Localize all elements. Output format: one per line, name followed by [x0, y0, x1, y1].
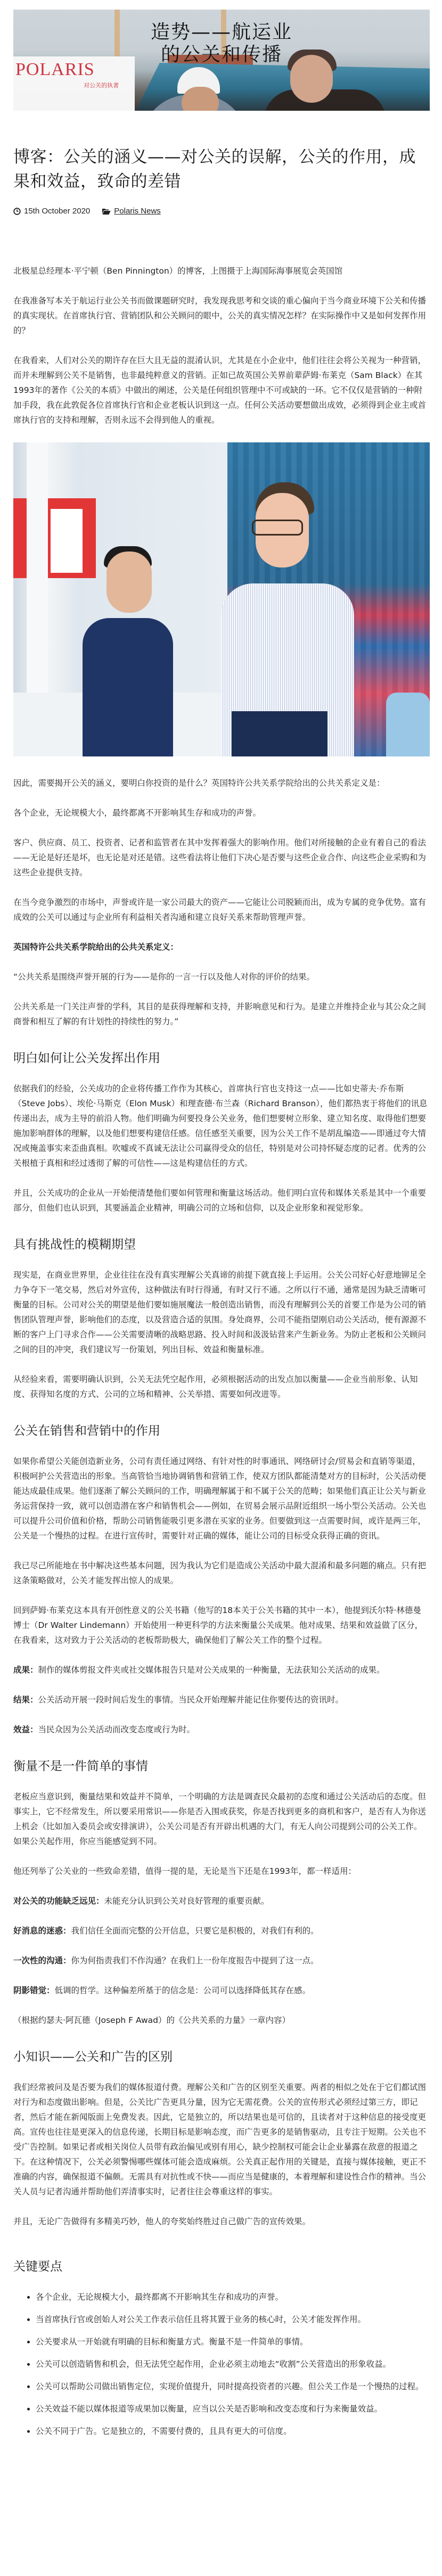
section-heading: 具有挑战性的模糊期望 [13, 1237, 429, 1253]
key-point: 公关可以帮助公司做出销售定位，实现价值提升，同时提高投资者的兴趣。但公关工作是一… [36, 2379, 429, 2394]
error-item: 好消息的迷惑：我们信任全面而完整的公开信息，只要它是积极的，对我们有利的。 [13, 1923, 429, 1938]
clock-icon [13, 208, 21, 215]
photo-person-left [83, 618, 173, 756]
post-date: 15th October 2020 [24, 207, 90, 216]
intro-paragraph: 在我看来，人们对公关的期许存在巨大且无益的混淆认识，尤其是在小企业中，他们往往会… [13, 353, 429, 427]
folder-open-icon [102, 208, 111, 215]
intro-caption: 北极星总经理本·平宁顿（Ben Pinnington）的博客，上图摄于上海国际海… [13, 264, 429, 278]
definition-label-text: 英国特许公共关系学院给出的公共关系定义： [13, 942, 178, 952]
error-text: 你为何指责我们不作沟通？在我们上一份年度报告中提到了这一点。 [71, 1956, 319, 1965]
definition-text: 当民众因为公关活动而改变态度或行为时。 [38, 1725, 195, 1734]
key-point: 公关效益不能以媒体报道等成果加以衡量，应当以公关是否影响和改变态度和行为来衡量效… [36, 2401, 429, 2416]
photo-glasses [252, 520, 303, 536]
definition-paragraph: 各个企业，无论规模大小，最终都离不开影响其生存和成功的声誉。 [13, 805, 429, 820]
face-left [182, 87, 219, 111]
key-point: 公关要求从一开始就有明确的目标和衡量方式。衡量不是一件简单的事情。 [36, 2334, 429, 2349]
section-paragraph: 依据我们的经验，公关成功的企业将传播工作作为其核心，首席执行官也支持这一点——比… [13, 1081, 429, 1171]
intro-paragraph: 在我准备写本关于航运行业公关书而做课题研究时，我发现我思考和交谈的重心偏向于当今… [13, 293, 429, 338]
definition-text: 制作的媒体剪报文件夹或社交媒体报告只是对公关成果的一种衡量，无法获知公关活动的成… [38, 1665, 385, 1675]
key-point: 公关不同于广告。它是独立的，不需要付费的，且具有更大的可信度。 [36, 2424, 429, 2439]
section-paragraph: 他还列举了公关业的一些致命差错，值得一提的是，无论是当下还是在1993年，都一样… [13, 1864, 429, 1879]
definition-term: 效益： [13, 1725, 38, 1734]
definition-item: 结果：公关活动开展一段时间后发生的事情。当民众开始理解并能记住你要传达的资讯时。 [13, 1692, 429, 1707]
source-note: （根据约瑟夫·阿瓦德（Joseph F Awad）的《公共关系的力量》一章内容） [13, 2013, 429, 2028]
definition-paragraph: 在当今竞争激烈的市场中，声誉或许是一家公司最大的资产——它能让公司脱颖而出，成为… [13, 895, 429, 925]
section-paragraph: 如果你希望公关能创造新业务，公司有责任通过网络、有针对性的时事通讯、网络研讨会/… [13, 1454, 429, 1543]
definition-term: 成果： [13, 1665, 38, 1675]
section-heading: 小知识——公关和广告的区别 [13, 2049, 429, 2065]
photo-water-dispenser [386, 693, 430, 756]
error-text: 低调的哲学。这种偏差所基于的信念是：公司可以选择降低其存在感。 [55, 1986, 311, 1995]
photo-person-right-pants [232, 711, 328, 756]
error-item: 阴影错觉：低调的哲学。这种偏差所基于的信念是：公司可以选择降低其存在感。 [13, 1983, 429, 1998]
error-term: 阴影错觉： [13, 1986, 55, 1995]
section-paragraph: 并且，无论广告做得有多精美巧妙，他人的夸奖始终胜过自己做广告的宣传效果。 [13, 2214, 429, 2229]
section-heading: 公关在销售和营销中的作用 [13, 1423, 429, 1439]
section-paragraph: 从经验来看，需要明确认识到，公关无法凭空起作用，必须根据活动的出发点加以衡量——… [13, 1372, 429, 1402]
section-heading: 明白如何让公关发挥出作用 [13, 1050, 429, 1066]
polaris-logo [13, 91, 135, 111]
key-point: 当首席执行官或创始人对公关工作表示信任且将其置于业务的核心时，公关才能发挥作用。 [36, 2312, 429, 2327]
key-point: 各个企业，无论规模大小，最终都离不开影响其生存和成功的声誉。 [36, 2290, 429, 2305]
section-paragraph: 现实是，在商业世界里，企业往往在没有真实理解公关真谛的前提下就直接上手运用。公关… [13, 1268, 429, 1357]
error-term: 好消息的迷惑： [13, 1926, 71, 1936]
error-text: 我们信任全面而完整的公开信息，只要它是积极的，对我们有利的。 [71, 1926, 319, 1936]
error-term: 一次性的沟通： [13, 1956, 71, 1965]
definition-text: 公关活动开展一段时间后发生的事情。当民众开始理解并能记住你要传达的资讯时。 [38, 1695, 344, 1705]
exhibition-photo [13, 442, 430, 756]
section-paragraph: 回到萨姆·布莱克这本具有开创性意义的公关书籍（他写的18本关于公关书籍的其中一本… [13, 1603, 429, 1648]
error-term: 对公关的功能缺乏远见： [13, 1896, 104, 1906]
section-paragraph: 老板应当意识到，衡量结果和效益并不简单，一个明确的方法是调查民众最初的态度和通过… [13, 1789, 429, 1849]
definition-paragraph: 因此，需要揭开公关的涵义，要明白你投资的是什么？英国特许公共关系学院给出的公共关… [13, 776, 429, 791]
section-paragraph: 我已尽己所能地在书中解决这些基本问题，因为我认为它们是造成公关活动中最大混淆和最… [13, 1558, 429, 1588]
key-point: 公关可以创造销售和机会，但无法凭空起作用，企业必须主动地去“收割”公关营造出的形… [36, 2357, 429, 2372]
section-heading: 衡量不是一件简单的事情 [13, 1758, 429, 1774]
key-points-list: 各个企业，无论规模大小，最终都离不开影响其生存和成功的声誉。 当首席执行官或创始… [13, 2290, 429, 2439]
photo-person-left-head [107, 552, 152, 613]
definition-label: 英国特许公共关系学院给出的公共关系定义： [13, 940, 429, 954]
post-meta: 15th October 2020 Polaris News [13, 207, 429, 216]
post-title: 博客：公关的涵义——对公关的误解，公关的作用，成果和效益，致命的差错 [13, 145, 429, 194]
definition-quote: 公共关系是一门关注声誉的学科，其目的是获得理解和支持，并影响意见和行为。是建立并… [13, 999, 429, 1029]
category-link[interactable]: Polaris News [114, 207, 161, 216]
hero-title-line1: 造势——航运业 [13, 21, 430, 44]
error-item: 对公关的功能缺乏远见：未能充分认识到公关对良好管理的重要贡献。 [13, 1894, 429, 1908]
photo-banner-letter [51, 509, 83, 573]
section-heading: 关键要点 [13, 2259, 429, 2275]
definition-quote: “公共关系是围绕声誉开展的行为——是你的一言一行以及他人对你的评价的结果。 [13, 969, 429, 984]
article-page: 造势——航运业 的公关和传播 POLARIS 对公关的执著 博客：公关的涵义——… [0, 10, 442, 2439]
error-item: 一次性的沟通：你为何指责我们不作沟通？在我们上一份年度报告中提到了这一点。 [13, 1953, 429, 1968]
error-text: 未能充分认识到公关对良好管理的重要贡献。 [104, 1896, 269, 1906]
section-paragraph: 并且，公关成功的企业从一开始便清楚他们要如何管理和衡量这场活动。他们明白宣传和媒… [13, 1186, 429, 1215]
definition-item: 成果：制作的媒体剪报文件夹或社交媒体报告只是对公关成果的一种衡量，无法获知公关活… [13, 1663, 429, 1677]
section-paragraph: 我们经常被问及是否要为我们的媒体报道付费。理解公关和广告的区别至关重要。两者的相… [13, 2080, 429, 2199]
definition-item: 效益：当民众因为公关活动而改变态度或行为时。 [13, 1722, 429, 1737]
definition-term: 结果： [13, 1695, 38, 1705]
definition-paragraph: 客户、供应商、员工、投资者、记者和监管者在其中发挥着强大的影响作用。他们对所接触… [13, 835, 429, 880]
